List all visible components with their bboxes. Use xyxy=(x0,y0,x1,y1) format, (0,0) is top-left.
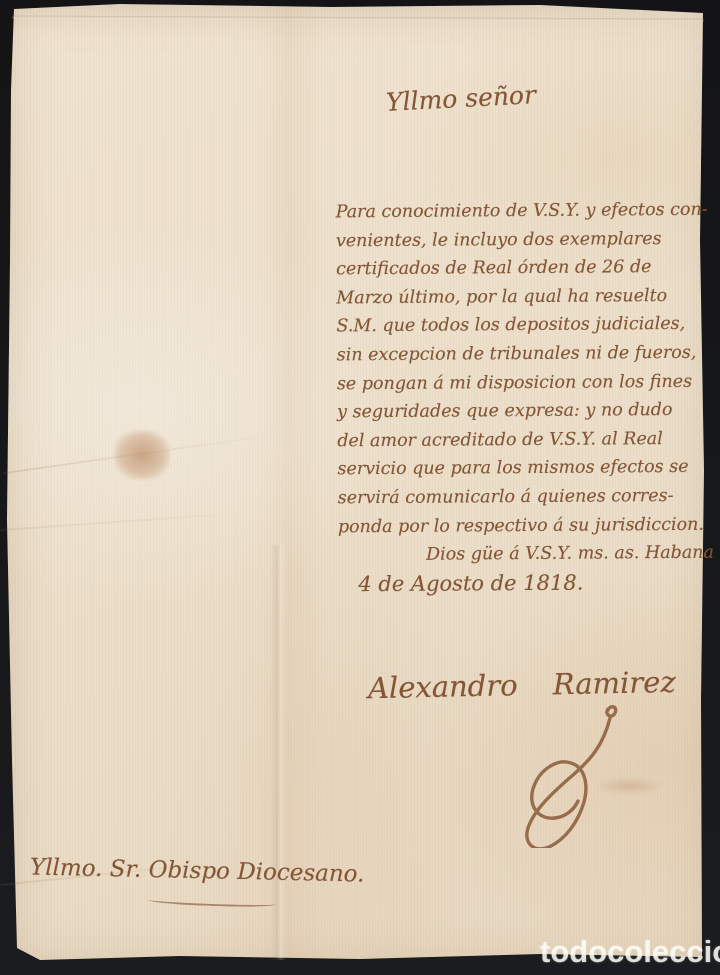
body-line: servicio que para los mismos efectos se xyxy=(337,453,713,484)
body-line: Para conocimiento de V.S.Y. y efectos co… xyxy=(336,196,712,227)
body-line: sin excepcion de tribunales ni de fueros… xyxy=(337,339,713,370)
photo-frame: Yllmo señor Para conocimiento de V.S.Y. … xyxy=(0,0,720,975)
letter-body: Para conocimiento de V.S.Y. y efectos co… xyxy=(336,196,715,599)
closing-line: Dios güe á V.S.Y. ms. as. Habana xyxy=(338,539,714,570)
body-line: y seguridades que expresa: y no dudo xyxy=(337,396,713,427)
signature-rubric-flourish-icon xyxy=(492,700,632,848)
body-line: certificados de Real órden de 26 de xyxy=(336,253,712,284)
body-line: venientes, le incluyo dos exemplares xyxy=(336,224,712,255)
date-line: 4 de Agosto de 1818. xyxy=(338,567,714,598)
body-line: Marzo último, por la qual ha resuelto xyxy=(336,281,712,312)
watermark-text: todocoleccion xyxy=(540,934,720,970)
ink-stain xyxy=(114,430,170,480)
body-line: del amor acreditado de V.S.Y. al Real xyxy=(337,424,713,455)
body-line: servirá comunicarlo á quienes corres- xyxy=(338,482,714,513)
body-line: ponda por lo respectivo á su jurisdiccio… xyxy=(338,510,714,541)
body-line: se pongan á mi disposicion con los fines xyxy=(337,367,713,398)
body-line: S.M. que todos los depositos judiciales, xyxy=(336,310,712,341)
